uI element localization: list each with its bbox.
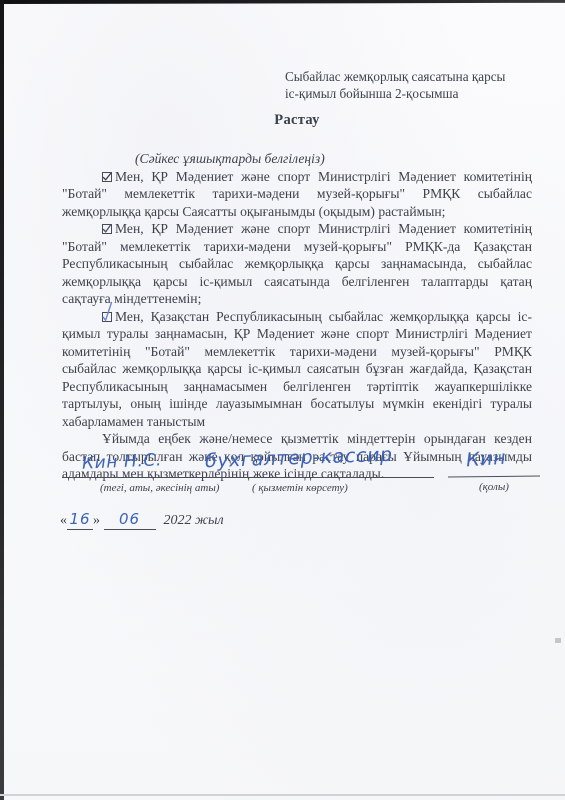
position-field-label: ( қызметін көрсету) (252, 482, 348, 494)
signature-field-label: (қолы) (479, 481, 509, 493)
scan-edge-top (0, 0, 565, 4)
statement-paragraph-2: Мен, ҚР Мәдениет және спорт Министрлігі … (62, 220, 532, 308)
handwritten-month: 06 (119, 510, 140, 528)
appendix-header-line2: іс-қимыл бойынша 2-қосымша (285, 85, 505, 102)
close-quote: » (93, 513, 100, 528)
instruction-note: (Сәйкес ұяшықтарды белгілеңіз) (135, 150, 532, 168)
document-title: Растау (62, 112, 532, 129)
scan-edge-left (0, 0, 4, 800)
handwritten-signature: Кин (465, 447, 506, 472)
document-body: (Сәйкес ұяшықтарды белгілеңіз) Мен, ҚР М… (62, 150, 532, 483)
scan-edge-bottom (0, 794, 565, 796)
open-quote: « (60, 513, 67, 528)
checkbox-checked-icon (102, 224, 112, 234)
scanned-page: Сыбайлас жемқорлық саясатына қарсы іс-қи… (0, 0, 565, 800)
handwritten-name: Кин Н.С. (82, 450, 163, 473)
appendix-header-line1: Сыбайлас жемқорлық саясатына қарсы (285, 68, 505, 85)
date-line: «16» 062022 жыл (60, 510, 224, 530)
statement-text-2: Мен, ҚР Мәдениет және спорт Министрлігі … (62, 221, 532, 306)
year-text: 2022 жыл (164, 513, 224, 528)
statement-paragraph-3: Мен, Қазақстан Республикасының сыбайлас … (62, 308, 532, 431)
checkbox-pen-checked-icon (102, 312, 112, 322)
statement-text-3: Мен, Қазақстан Республикасының сыбайлас … (62, 309, 532, 429)
name-field-label: (тегі, аты, әкесінің аты) (100, 482, 219, 494)
checkbox-checked-icon (102, 172, 112, 182)
scan-artifact (555, 638, 561, 643)
handwritten-day: 16 (69, 510, 90, 528)
statement-paragraph-1: Мен, ҚР Мәдениет және спорт Министрлігі … (62, 168, 532, 221)
appendix-header: Сыбайлас жемқорлық саясатына қарсы іс-қи… (285, 68, 505, 102)
statement-text-1: Мен, ҚР Мәдениет және спорт Министрлігі … (62, 169, 532, 219)
signature-line-name-position (62, 477, 434, 478)
